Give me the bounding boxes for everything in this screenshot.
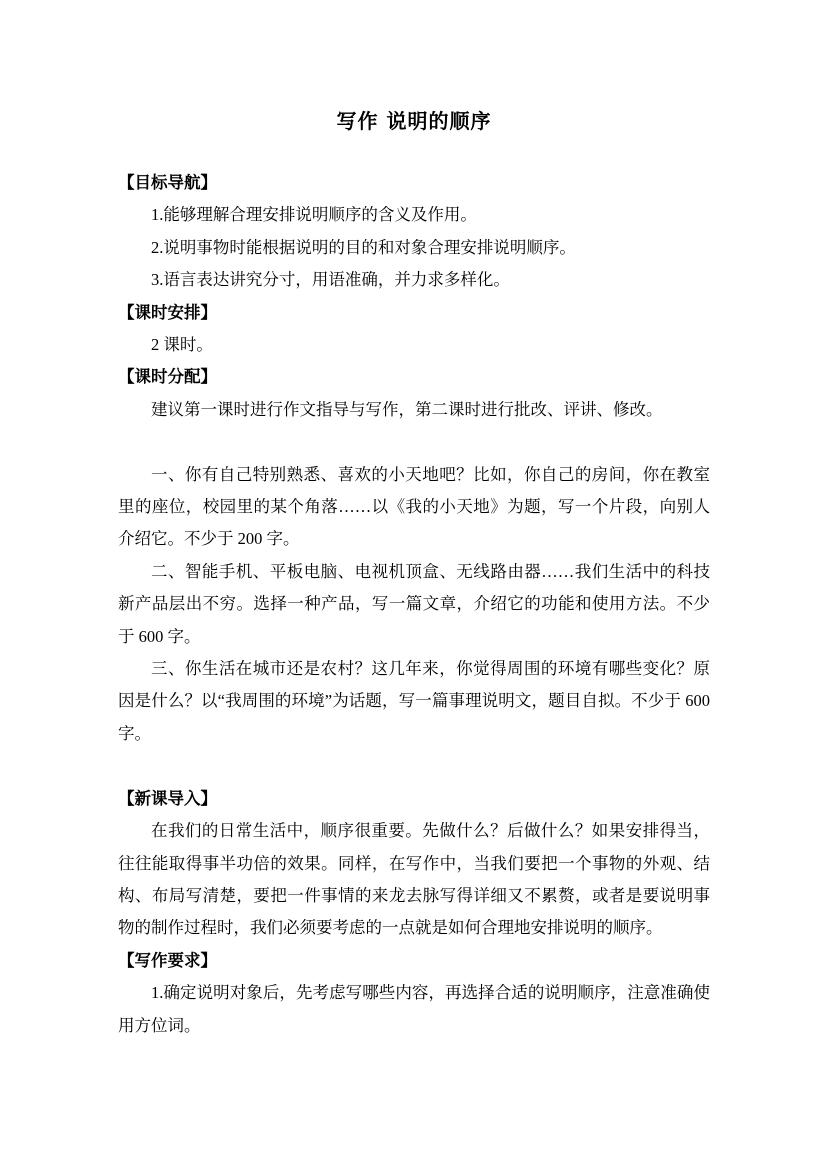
paragraph: 3.语言表达讲究分寸，用语准确，并力求多样化。 bbox=[118, 264, 710, 296]
section-heading: 【课时安排】 bbox=[118, 297, 710, 329]
paragraph: 建议第一课时进行作文指导与写作，第二课时进行批改、评讲、修改。 bbox=[118, 394, 710, 426]
paragraph: 二、智能手机、平板电脑、电视机顶盒、无线路由器……我们生活中的科技新产品层出不穷… bbox=[118, 556, 710, 653]
section-heading: 【写作要求】 bbox=[118, 945, 710, 977]
document-title: 写作 说明的顺序 bbox=[118, 102, 710, 140]
document-page: 写作 说明的顺序 【目标导航】1.能够理解合理安排说明顺序的含义及作用。2.说明… bbox=[0, 0, 827, 1169]
paragraph: 1.能够理解合理安排说明顺序的含义及作用。 bbox=[118, 199, 710, 231]
paragraph: 1.确定说明对象后，先考虑写哪些内容，再选择合适的说明顺序，注意准确使用方位词。 bbox=[118, 977, 710, 1042]
paragraph: 三、你生活在城市还是农村？这几年来，你觉得周围的环境有哪些变化？原因是什么？以“… bbox=[118, 653, 710, 750]
blank-line bbox=[118, 426, 710, 458]
document-body: 【目标导航】1.能够理解合理安排说明顺序的含义及作用。2.说明事物时能根据说明的… bbox=[118, 167, 710, 1042]
section-heading: 【课时分配】 bbox=[118, 361, 710, 393]
paragraph: 2 课时。 bbox=[118, 329, 710, 361]
paragraph: 2.说明事物时能根据说明的目的和对象合理安排说明顺序。 bbox=[118, 232, 710, 264]
section-heading: 【新课导入】 bbox=[118, 783, 710, 815]
section-heading: 【目标导航】 bbox=[118, 167, 710, 199]
blank-line bbox=[118, 750, 710, 782]
paragraph: 一、你有自己特别熟悉、喜欢的小天地吧？比如，你自己的房间，你在教室里的座位，校园… bbox=[118, 459, 710, 556]
paragraph: 在我们的日常生活中，顺序很重要。先做什么？后做什么？如果安排得当，往往能取得事半… bbox=[118, 815, 710, 945]
